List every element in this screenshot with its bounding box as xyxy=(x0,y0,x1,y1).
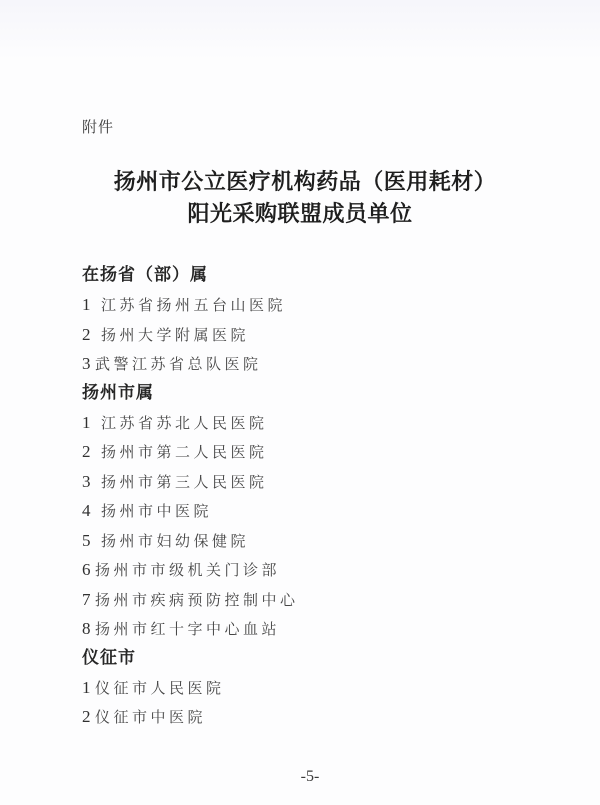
item-number: 5 xyxy=(82,526,95,556)
item-name: 扬州市中医院 xyxy=(101,502,212,520)
section-provincial: 在扬省（部）属 1江苏省扬州五台山医院 2扬州大学附属医院 3武警江苏省总队医院 xyxy=(82,261,522,379)
list-item: 2扬州市第二人民医院 xyxy=(82,437,522,467)
item-number: 7 xyxy=(82,585,95,615)
page-number: -5- xyxy=(0,768,600,786)
list-item: 2仪征市中医院 xyxy=(82,702,522,732)
list-item: 1仪征市人民医院 xyxy=(82,673,522,703)
item-number: 6 xyxy=(82,555,95,585)
document-page: 附件 扬州市公立医疗机构药品（医用耗材） 阳光采购联盟成员单位 在扬省（部）属 … xyxy=(0,0,600,805)
item-name: 扬州市市级机关门诊部 xyxy=(95,561,280,579)
item-number: 3 xyxy=(82,467,95,497)
title-line-2: 阳光采购联盟成员单位 xyxy=(0,198,600,230)
item-name: 仪征市中医院 xyxy=(95,708,206,726)
list-item: 8扬州市红十字中心血站 xyxy=(82,614,522,644)
item-number: 2 xyxy=(82,702,95,732)
list-item: 5扬州市妇幼保健院 xyxy=(82,526,522,556)
list-item: 1江苏省扬州五台山医院 xyxy=(82,290,522,320)
item-number: 2 xyxy=(82,320,95,350)
list-item: 7扬州市疾病预防控制中心 xyxy=(82,585,522,615)
list-item: 1江苏省苏北人民医院 xyxy=(82,408,522,438)
list-item: 4扬州市中医院 xyxy=(82,496,522,526)
list-item: 3扬州市第三人民医院 xyxy=(82,467,522,497)
section-heading: 在扬省（部）属 xyxy=(82,261,522,290)
item-name: 扬州市第三人民医院 xyxy=(101,473,268,491)
list-item: 2扬州大学附属医院 xyxy=(82,320,522,350)
item-number: 3 xyxy=(82,349,95,379)
attachment-label: 附件 xyxy=(82,116,114,137)
item-number: 1 xyxy=(82,290,95,320)
item-name: 江苏省苏北人民医院 xyxy=(101,414,268,432)
item-name: 扬州市红十字中心血站 xyxy=(95,620,280,638)
item-name: 仪征市人民医院 xyxy=(95,679,225,697)
item-number: 1 xyxy=(82,408,95,438)
item-number: 8 xyxy=(82,614,95,644)
list-item: 6扬州市市级机关门诊部 xyxy=(82,555,522,585)
item-number: 4 xyxy=(82,496,95,526)
item-name: 江苏省扬州五台山医院 xyxy=(101,296,286,314)
item-name: 扬州市第二人民医院 xyxy=(101,443,268,461)
list-item: 3武警江苏省总队医院 xyxy=(82,349,522,379)
section-heading: 仪征市 xyxy=(82,644,522,673)
title-line-1: 扬州市公立医疗机构药品（医用耗材） xyxy=(0,166,600,198)
section-yizheng: 仪征市 1仪征市人民医院 2仪征市中医院 xyxy=(82,644,522,732)
item-name: 扬州市妇幼保健院 xyxy=(101,532,249,550)
item-name: 武警江苏省总队医院 xyxy=(95,355,262,373)
member-unit-list: 在扬省（部）属 1江苏省扬州五台山医院 2扬州大学附属医院 3武警江苏省总队医院… xyxy=(82,261,522,732)
item-number: 2 xyxy=(82,437,95,467)
document-title: 扬州市公立医疗机构药品（医用耗材） 阳光采购联盟成员单位 xyxy=(0,166,600,230)
section-heading: 扬州市属 xyxy=(82,379,522,408)
section-municipal: 扬州市属 1江苏省苏北人民医院 2扬州市第二人民医院 3扬州市第三人民医院 4扬… xyxy=(82,379,522,644)
item-name: 扬州大学附属医院 xyxy=(101,326,249,344)
item-number: 1 xyxy=(82,673,95,703)
item-name: 扬州市疾病预防控制中心 xyxy=(95,591,299,609)
